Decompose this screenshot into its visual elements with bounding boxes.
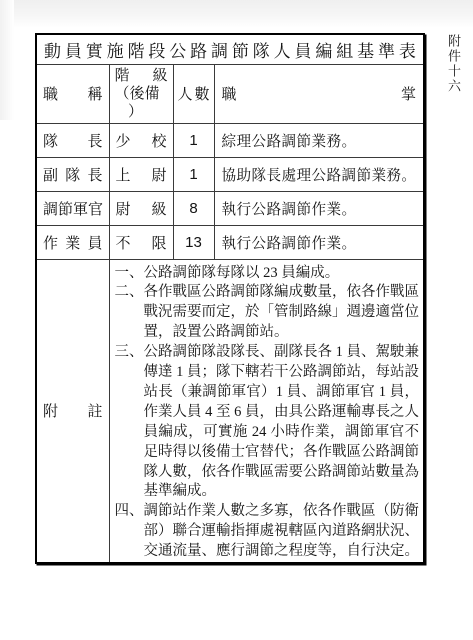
- note-item-1: 一、公路調節隊每隊以 23 員編成。: [115, 264, 420, 284]
- position-label: 副隊長: [37, 164, 109, 185]
- page-left-shading: [0, 0, 14, 120]
- header-position-label: 職稱: [37, 83, 109, 104]
- table-row: 作業員 不限 13 執行公路調節作業。: [36, 225, 424, 259]
- rank-label: 尉級: [110, 198, 173, 219]
- count-value: 13: [173, 225, 214, 259]
- count-value: 8: [173, 191, 214, 225]
- count-value: 1: [173, 157, 214, 191]
- rank-cell: 少校: [109, 123, 173, 157]
- header-position-cell: 職稱: [36, 64, 109, 123]
- duty-text: 綜理公路調節業務。: [214, 123, 424, 157]
- rank-label: 少校: [110, 130, 173, 151]
- rank-cell: 上尉: [109, 157, 173, 191]
- attachment-label: 附件十六: [444, 34, 463, 94]
- organization-table: 動員實施階段公路調節隊人員編組基準表 職稱 階級 （後備 ） 人數 職掌 隊長 …: [35, 33, 425, 564]
- duty-text: 執行公路調節作業。: [214, 225, 424, 259]
- rank-label: 不限: [110, 232, 173, 253]
- table-title-cell: 動員實施階段公路調節隊人員編組基準表: [36, 34, 424, 64]
- header-count-label: 人數: [174, 83, 214, 104]
- note-item-2: 二、各作戰區公路調節隊編成數量，依各作戰區戰況需要而定，於「管制路線」週邊適當位…: [115, 283, 420, 343]
- position-label: 調節軍官: [37, 198, 109, 219]
- position-label: 隊長: [37, 130, 109, 151]
- page-top-shading: [0, 0, 473, 28]
- rank-cell: 不限: [109, 225, 173, 259]
- notes-row: 附註 一、公路調節隊每隊以 23 員編成。 二、各作戰區公路調節隊編成數量，依各…: [36, 259, 424, 563]
- position-cell: 隊長: [36, 123, 109, 157]
- note-item-4: 四、調節站作業人數之多寡，依各作戰區（防衛部）聯合運輸指揮處視轄區內道路網狀況、…: [115, 502, 420, 562]
- table-row: 隊長 少校 1 綜理公路調節業務。: [36, 123, 424, 157]
- header-rank-line3: ）: [115, 103, 168, 121]
- header-rank-cell: 階級 （後備 ）: [109, 64, 173, 123]
- notes-cell: 一、公路調節隊每隊以 23 員編成。 二、各作戰區公路調節隊編成數量，依各作戰區…: [109, 259, 424, 563]
- header-rank-line2: （後備: [115, 85, 168, 103]
- duty-text: 執行公路調節作業。: [214, 191, 424, 225]
- header-count-cell: 人數: [173, 64, 214, 123]
- notes-label: 附註: [37, 400, 109, 421]
- note-item-3: 三、公路調節隊設隊長、副隊長各 1 員、駕駛兼傳達 1 員；隊下轄若干公路調節站…: [115, 343, 420, 502]
- rank-label: 上尉: [110, 164, 173, 185]
- table-row: 調節軍官 尉級 8 執行公路調節作業。: [36, 191, 424, 225]
- title-row: 動員實施階段公路調節隊人員編組基準表: [36, 34, 424, 64]
- duty-text: 協助隊長處理公路調節業務。: [214, 157, 424, 191]
- header-duty-cell: 職掌: [214, 64, 424, 123]
- table-title: 動員實施階段公路調節隊人員編組基準表: [37, 37, 423, 62]
- table-row: 副隊長 上尉 1 協助隊長處理公路調節業務。: [36, 157, 424, 191]
- header-row: 職稱 階級 （後備 ） 人數 職掌: [36, 64, 424, 123]
- position-cell: 調節軍官: [36, 191, 109, 225]
- header-rank-line1: 階級: [115, 67, 168, 85]
- rank-cell: 尉級: [109, 191, 173, 225]
- notes-label-cell: 附註: [36, 259, 109, 563]
- position-label: 作業員: [37, 232, 109, 253]
- header-duty-label: 職掌: [215, 83, 424, 104]
- position-cell: 作業員: [36, 225, 109, 259]
- count-value: 1: [173, 123, 214, 157]
- position-cell: 副隊長: [36, 157, 109, 191]
